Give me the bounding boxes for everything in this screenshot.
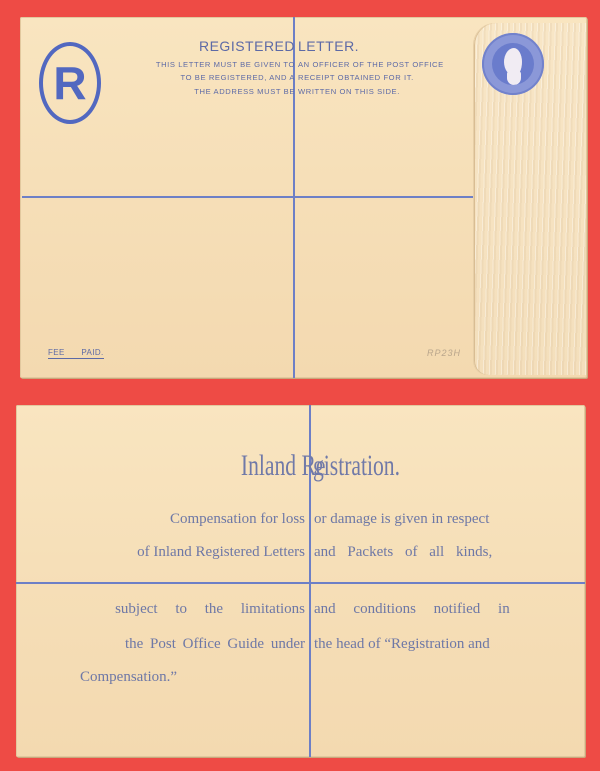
registered-r-icon: R [39, 42, 101, 124]
envelope-front: R REGISTERED LETTER. This Letter must be… [20, 17, 587, 378]
instruction-line-1-left: This Letter must be given to [156, 60, 295, 69]
horizontal-registration-line [22, 196, 474, 198]
instruction-line-2-right: Receipt obtained for it. [298, 73, 414, 82]
back-line-1-right: or damage is given in respect [314, 511, 489, 528]
stamp-portrait-field [492, 43, 534, 85]
back-line-4-left: the Post Office Guide under [125, 636, 305, 653]
pencil-annotation: RP23H [427, 348, 461, 358]
envelope-flap [474, 23, 586, 375]
back-line-2-right: and Packets of all kinds, [314, 544, 492, 561]
instruction-line-2-left: to be Registered, and a [180, 73, 295, 82]
front-title-left: REGISTERED [199, 38, 295, 54]
horizontal-registration-line [16, 582, 585, 584]
instruction-line-1-right: an Officer of the Post Office [298, 60, 444, 69]
back-line-5-left: Compensation.” [80, 669, 177, 686]
back-line-3-right: and conditions notified in [314, 601, 510, 618]
queen-neck-icon [507, 71, 521, 85]
instruction-line-3-left: the address must be [194, 87, 295, 96]
front-title-right: LETTER. [298, 38, 359, 54]
envelope-back: Inland Re gistration. Compensation for l… [16, 405, 585, 757]
back-line-4-right: the head of “Registration and [314, 636, 490, 653]
back-line-2-left: of Inland Registered Letters [137, 544, 305, 561]
instruction-line-3-right: written on this side. [298, 87, 400, 96]
fee-paid-label: FEE PAID. [48, 348, 104, 359]
back-title-right: gistration. [313, 449, 400, 483]
back-line-3-left: subject to the limitations [115, 601, 305, 618]
queen-victoria-stamp-icon [482, 33, 544, 95]
back-line-1-left: Compensation for loss [170, 511, 305, 528]
logo-letter: R [53, 60, 86, 106]
